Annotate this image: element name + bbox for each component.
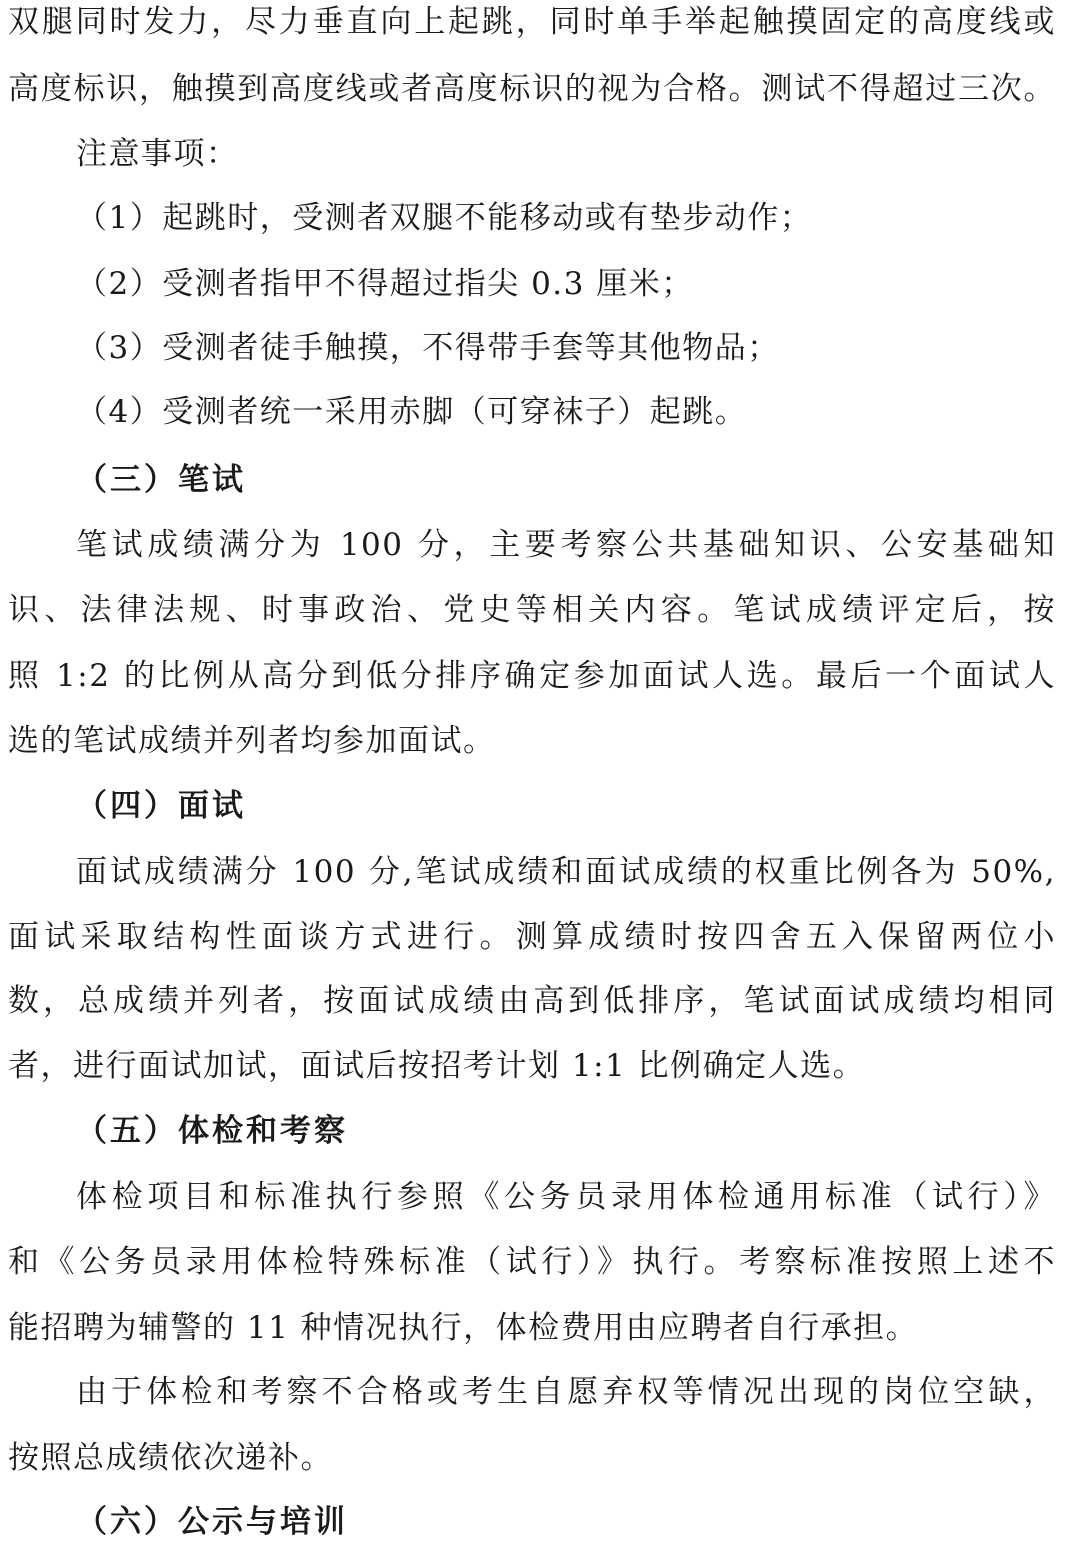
paragraph-line: 按照总成绩依次递补。 <box>0 1436 1080 1480</box>
section-heading-written-exam: （三）笔试 <box>0 458 1080 502</box>
section-heading-physical-exam: （五）体检和考察 <box>0 1109 1080 1153</box>
note-item-2: （2）受测者指甲不得超过指尖 0.3 厘米； <box>0 262 1080 306</box>
paragraph-line: 体检项目和标准执行参照《公务员录用体检通用标准（试行）》 <box>0 1175 1056 1219</box>
paragraph-line: 照 1:2 的比例从高分到低分排序确定参加面试人选。最后一个面试人 <box>0 654 1056 698</box>
note-item-4: （4）受测者统一采用赤脚（可穿袜子）起跳。 <box>0 390 1080 434</box>
paragraph-line: 和《公务员录用体检特殊标准（试行）》执行。考察标准按照上述不 <box>0 1240 1056 1284</box>
paragraph-line: 高度标识，触摸到高度线或者高度标识的视为合格。测试不得超过三次。 <box>0 67 1056 111</box>
paragraph-line: 者，进行面试加试，面试后按招考计划 1:1 比例确定人选。 <box>0 1044 1080 1088</box>
paragraph-line: 面试成绩满分 100 分,笔试成绩和面试成绩的权重比例各为 50%, <box>0 850 1056 894</box>
paragraph-line: 由于体检和考察不合格或考生自愿弃权等情况出现的岗位空缺， <box>0 1370 1056 1414</box>
note-item-3: （3）受测者徒手触摸，不得带手套等其他物品； <box>0 326 1080 370</box>
section-heading-interview: （四）面试 <box>0 784 1080 828</box>
paragraph-line: 笔试成绩满分为 100 分，主要考察公共基础知识、公安基础知 <box>0 523 1056 567</box>
paragraph-line: 选的笔试成绩并列者均参加面试。 <box>0 719 1080 763</box>
paragraph-line: 识、法律法规、时事政治、党史等相关内容。笔试成绩评定后，按 <box>0 588 1056 632</box>
section-heading-publicity-training: （六）公示与培训 <box>0 1500 1080 1544</box>
paragraph-line: 双腿同时发力，尽力垂直向上起跳，同时单手举起触摸固定的高度线或 <box>0 0 1056 44</box>
paragraph-line: 面试采取结构性面谈方式进行。测算成绩时按四舍五入保留两位小 <box>0 915 1056 959</box>
note-item-1: （1）起跳时，受测者双腿不能移动或有垫步动作； <box>0 196 1080 240</box>
notes-label: 注意事项： <box>0 132 1080 176</box>
paragraph-line: 数，总成绩并列者，按面试成绩由高到低排序，笔试面试成绩均相同 <box>0 979 1056 1023</box>
paragraph-line: 能招聘为辅警的 11 种情况执行，体检费用由应聘者自行承担。 <box>0 1306 1080 1350</box>
